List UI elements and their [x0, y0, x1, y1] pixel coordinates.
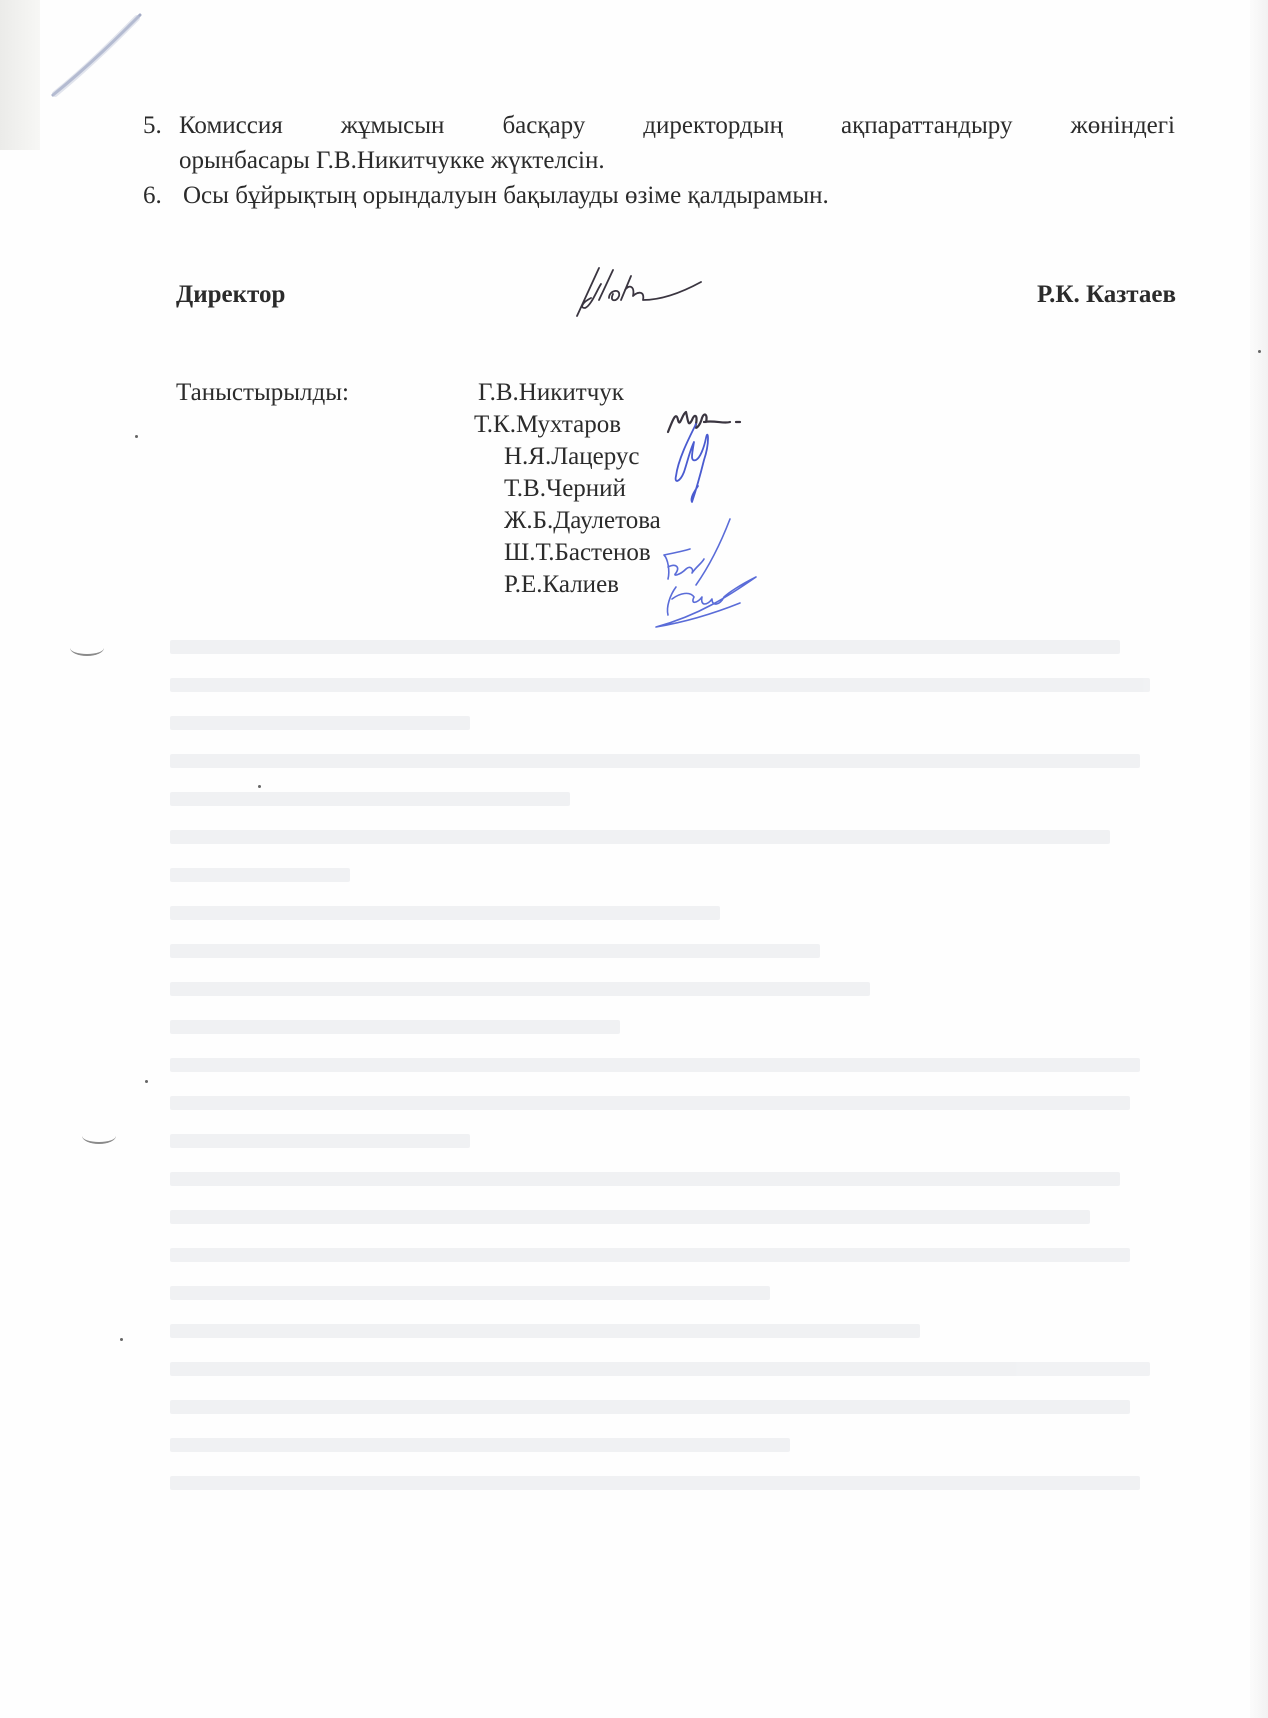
acknowledged-label: Таныстырылды:	[176, 378, 349, 408]
item-number: 5.	[143, 111, 162, 141]
scan-speck	[1258, 350, 1261, 353]
director-title: Директор	[176, 280, 285, 310]
scanned-page: 5. Комиссия жұмысын басқару директордың …	[0, 0, 1268, 1718]
bastenov-kaliev-signatures-icon	[650, 515, 760, 635]
scan-speck	[120, 1338, 123, 1341]
mukhtarov-signature-icon	[664, 402, 744, 442]
pen-stroke-mark	[45, 10, 145, 100]
director-signature-icon	[569, 260, 704, 320]
item-6-text: Осы бұйрықтың орындалуын бақылауды өзіме…	[143, 181, 1175, 211]
scan-edge-shadow-right	[1250, 0, 1268, 1718]
scan-edge-shadow-left	[0, 0, 40, 150]
word: басқару	[502, 111, 585, 141]
word: Комиссия	[179, 111, 283, 141]
word: ақпараттандыру	[841, 111, 1012, 141]
acknowledged-name: Ж.Б.Даулетова	[504, 506, 661, 536]
item-5-second-line: орынбасары Г.В.Никитчукке жүктелсін.	[143, 146, 1175, 176]
scan-speck	[258, 785, 261, 788]
latserus-signature-icon	[670, 420, 720, 505]
word: жөніндегі	[1070, 111, 1175, 141]
acknowledged-name: Н.Я.Лацерус	[504, 442, 640, 472]
word: жұмысын	[341, 111, 445, 141]
acknowledged-name: Р.Е.Калиев	[504, 570, 619, 600]
item-5-first-line: Комиссия жұмысын басқару директордың ақп…	[143, 111, 1175, 141]
director-name: Р.К. Казтаев	[1037, 280, 1176, 310]
acknowledged-name: Ш.Т.Бастенов	[504, 538, 651, 568]
acknowledged-name: Т.К.Мухтаров	[474, 410, 621, 440]
hole-punch-mark	[82, 1128, 116, 1144]
word: директордың	[643, 111, 783, 141]
order-item-5: 5. Комиссия жұмысын басқару директордың …	[143, 111, 1175, 176]
scan-speck	[135, 435, 138, 438]
order-item-6: 6. Осы бұйрықтың орындалуын бақылауды өз…	[143, 181, 1175, 211]
reverse-side-bleed-through	[170, 640, 1170, 1540]
item-number: 6.	[143, 181, 162, 211]
scan-speck	[145, 1080, 148, 1083]
hole-punch-mark	[70, 640, 104, 656]
acknowledged-name: Т.В.Черний	[504, 474, 626, 504]
acknowledged-name: Г.В.Никитчук	[478, 378, 624, 408]
